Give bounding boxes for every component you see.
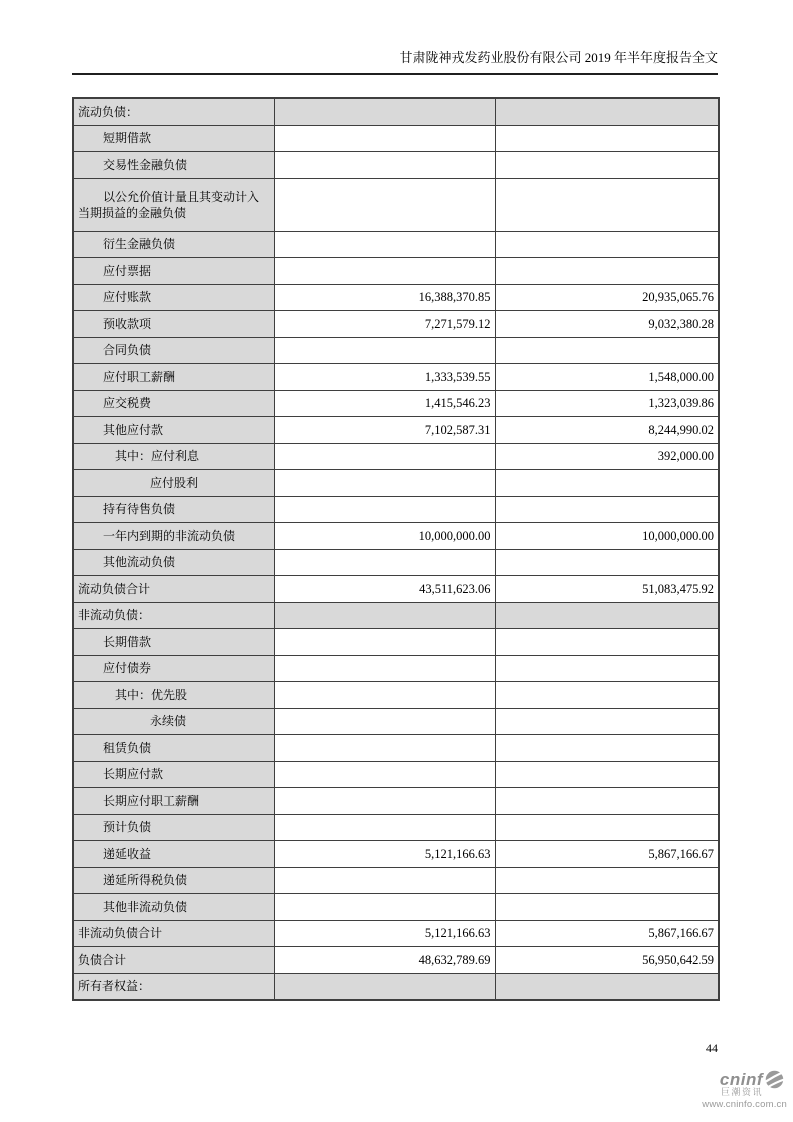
row-value-prior — [495, 894, 719, 921]
row-value-current — [274, 231, 495, 258]
row-label: 以公允价值计量且其变动计入当期损益的金融负债 — [73, 178, 274, 231]
row-label: 递延收益 — [73, 841, 274, 868]
row-value-current — [274, 98, 495, 125]
row-value-prior — [495, 655, 719, 682]
row-value-current — [274, 443, 495, 470]
row-value-current: 43,511,623.06 — [274, 576, 495, 603]
table-row: 递延所得税负债 — [73, 867, 719, 894]
row-value-prior — [495, 788, 719, 815]
row-label: 所有者权益： — [73, 973, 274, 1000]
row-label: 持有待售负债 — [73, 496, 274, 523]
report-header-title: 甘肃陇神戎发药业股份有限公司 2019 年半年度报告全文 — [399, 50, 718, 66]
table-row: 流动负债： — [73, 98, 719, 125]
row-label: 其他非流动负债 — [73, 894, 274, 921]
row-label: 其他应付款 — [73, 417, 274, 444]
table-row: 其他应付款7,102,587.318,244,990.02 — [73, 417, 719, 444]
row-value-prior — [495, 682, 719, 709]
row-value-current — [274, 735, 495, 762]
row-value-prior — [495, 337, 719, 364]
row-value-prior — [495, 496, 719, 523]
table-row: 租赁负债 — [73, 735, 719, 762]
row-value-current: 1,333,539.55 — [274, 364, 495, 391]
row-value-current — [274, 125, 495, 152]
row-value-current — [274, 814, 495, 841]
row-label: 其中：优先股 — [73, 682, 274, 709]
row-label: 长期应付职工薪酬 — [73, 788, 274, 815]
row-label: 合同负债 — [73, 337, 274, 364]
row-value-prior — [495, 629, 719, 656]
cninfo-url: www.cninfo.com.cn — [669, 1099, 787, 1111]
table-row: 预计负债 — [73, 814, 719, 841]
row-value-current: 1,415,546.23 — [274, 390, 495, 417]
row-value-current — [274, 549, 495, 576]
row-value-current — [274, 894, 495, 921]
row-value-current: 7,271,579.12 — [274, 311, 495, 338]
row-value-prior — [495, 549, 719, 576]
cninfo-tagline: 巨潮资讯 — [669, 1087, 763, 1098]
table-row: 以公允价值计量且其变动计入当期损益的金融负债 — [73, 178, 719, 231]
row-value-prior — [495, 98, 719, 125]
header-divider — [72, 73, 718, 75]
cninfo-logo: cninf 巨潮资讯 www.cninfo.com.cn — [669, 1069, 789, 1111]
row-value-prior: 392,000.00 — [495, 443, 719, 470]
row-value-current — [274, 761, 495, 788]
table-row: 应付债券 — [73, 655, 719, 682]
row-value-prior — [495, 125, 719, 152]
row-value-prior — [495, 708, 719, 735]
table-row: 长期应付款 — [73, 761, 719, 788]
row-value-prior: 20,935,065.76 — [495, 284, 719, 311]
row-label: 永续债 — [73, 708, 274, 735]
row-value-prior — [495, 258, 719, 285]
table-row: 应付职工薪酬1,333,539.551,548,000.00 — [73, 364, 719, 391]
row-label: 应付账款 — [73, 284, 274, 311]
row-value-current — [274, 629, 495, 656]
table-row: 流动负债合计43,511,623.0651,083,475.92 — [73, 576, 719, 603]
table-row: 交易性金融负债 — [73, 152, 719, 179]
table-row: 永续债 — [73, 708, 719, 735]
row-value-current — [274, 337, 495, 364]
table-row: 所有者权益： — [73, 973, 719, 1000]
cninfo-swirl-icon — [764, 1069, 785, 1090]
table-row: 非流动负债合计5,121,166.635,867,166.67 — [73, 920, 719, 947]
row-value-prior — [495, 761, 719, 788]
row-value-prior — [495, 470, 719, 497]
table-row: 其中：应付利息392,000.00 — [73, 443, 719, 470]
row-value-prior: 9,032,380.28 — [495, 311, 719, 338]
row-label: 租赁负债 — [73, 735, 274, 762]
row-value-current — [274, 178, 495, 231]
row-value-prior — [495, 152, 719, 179]
row-label: 应付债券 — [73, 655, 274, 682]
table-row: 其中：优先股 — [73, 682, 719, 709]
row-value-current — [274, 258, 495, 285]
row-value-current: 48,632,789.69 — [274, 947, 495, 974]
row-label: 流动负债： — [73, 98, 274, 125]
row-label: 非流动负债合计 — [73, 920, 274, 947]
row-label: 非流动负债： — [73, 602, 274, 629]
row-value-current — [274, 602, 495, 629]
row-value-prior — [495, 231, 719, 258]
row-label: 其中：应付利息 — [73, 443, 274, 470]
row-value-prior: 56,950,642.59 — [495, 947, 719, 974]
table-row: 长期应付职工薪酬 — [73, 788, 719, 815]
row-label: 长期借款 — [73, 629, 274, 656]
row-value-current: 5,121,166.63 — [274, 920, 495, 947]
row-label: 衍生金融负债 — [73, 231, 274, 258]
cninfo-brand-text: cninf — [720, 1071, 763, 1089]
row-label: 流动负债合计 — [73, 576, 274, 603]
row-value-current: 10,000,000.00 — [274, 523, 495, 550]
table-row: 应付票据 — [73, 258, 719, 285]
row-label: 应付职工薪酬 — [73, 364, 274, 391]
balance-sheet-body: 流动负债：短期借款交易性金融负债以公允价值计量且其变动计入当期损益的金融负债衍生… — [73, 98, 719, 1000]
row-value-prior — [495, 735, 719, 762]
row-value-current: 16,388,370.85 — [274, 284, 495, 311]
row-value-current: 5,121,166.63 — [274, 841, 495, 868]
table-row: 其他流动负债 — [73, 549, 719, 576]
table-row: 应付账款16,388,370.8520,935,065.76 — [73, 284, 719, 311]
row-value-prior: 1,323,039.86 — [495, 390, 719, 417]
row-label: 应付票据 — [73, 258, 274, 285]
row-value-current — [274, 152, 495, 179]
row-value-prior — [495, 867, 719, 894]
page-number: 44 — [706, 1041, 718, 1056]
row-value-prior: 5,867,166.67 — [495, 841, 719, 868]
row-value-prior: 5,867,166.67 — [495, 920, 719, 947]
table-row: 持有待售负债 — [73, 496, 719, 523]
row-value-current — [274, 973, 495, 1000]
table-row: 短期借款 — [73, 125, 719, 152]
row-value-current — [274, 708, 495, 735]
row-value-prior — [495, 178, 719, 231]
row-label: 负债合计 — [73, 947, 274, 974]
row-value-prior — [495, 814, 719, 841]
table-row: 一年内到期的非流动负债10,000,000.0010,000,000.00 — [73, 523, 719, 550]
row-value-current — [274, 867, 495, 894]
row-label: 应付股利 — [73, 470, 274, 497]
table-row: 应交税费1,415,546.231,323,039.86 — [73, 390, 719, 417]
row-label: 短期借款 — [73, 125, 274, 152]
table-row: 其他非流动负债 — [73, 894, 719, 921]
table-row: 长期借款 — [73, 629, 719, 656]
table-row: 衍生金融负债 — [73, 231, 719, 258]
row-label: 长期应付款 — [73, 761, 274, 788]
row-label: 交易性金融负债 — [73, 152, 274, 179]
table-row: 合同负债 — [73, 337, 719, 364]
row-value-current — [274, 682, 495, 709]
row-value-prior: 10,000,000.00 — [495, 523, 719, 550]
table-row: 非流动负债： — [73, 602, 719, 629]
row-label: 递延所得税负债 — [73, 867, 274, 894]
row-value-prior — [495, 602, 719, 629]
row-value-current — [274, 496, 495, 523]
row-label: 一年内到期的非流动负债 — [73, 523, 274, 550]
row-value-prior: 51,083,475.92 — [495, 576, 719, 603]
row-value-current — [274, 788, 495, 815]
table-row: 递延收益5,121,166.635,867,166.67 — [73, 841, 719, 868]
row-label: 预收款项 — [73, 311, 274, 338]
row-value-current — [274, 655, 495, 682]
row-label: 预计负债 — [73, 814, 274, 841]
table-row: 负债合计48,632,789.6956,950,642.59 — [73, 947, 719, 974]
row-label: 应交税费 — [73, 390, 274, 417]
row-value-prior: 1,548,000.00 — [495, 364, 719, 391]
table-row: 预收款项7,271,579.129,032,380.28 — [73, 311, 719, 338]
row-value-prior — [495, 973, 719, 1000]
row-value-prior: 8,244,990.02 — [495, 417, 719, 444]
row-value-current — [274, 470, 495, 497]
table-row: 应付股利 — [73, 470, 719, 497]
report-page: 甘肃陇神戎发药业股份有限公司 2019 年半年度报告全文 流动负债：短期借款交易… — [0, 0, 793, 1122]
row-label: 其他流动负债 — [73, 549, 274, 576]
balance-sheet-table: 流动负债：短期借款交易性金融负债以公允价值计量且其变动计入当期损益的金融负债衍生… — [72, 97, 720, 1001]
row-value-current: 7,102,587.31 — [274, 417, 495, 444]
